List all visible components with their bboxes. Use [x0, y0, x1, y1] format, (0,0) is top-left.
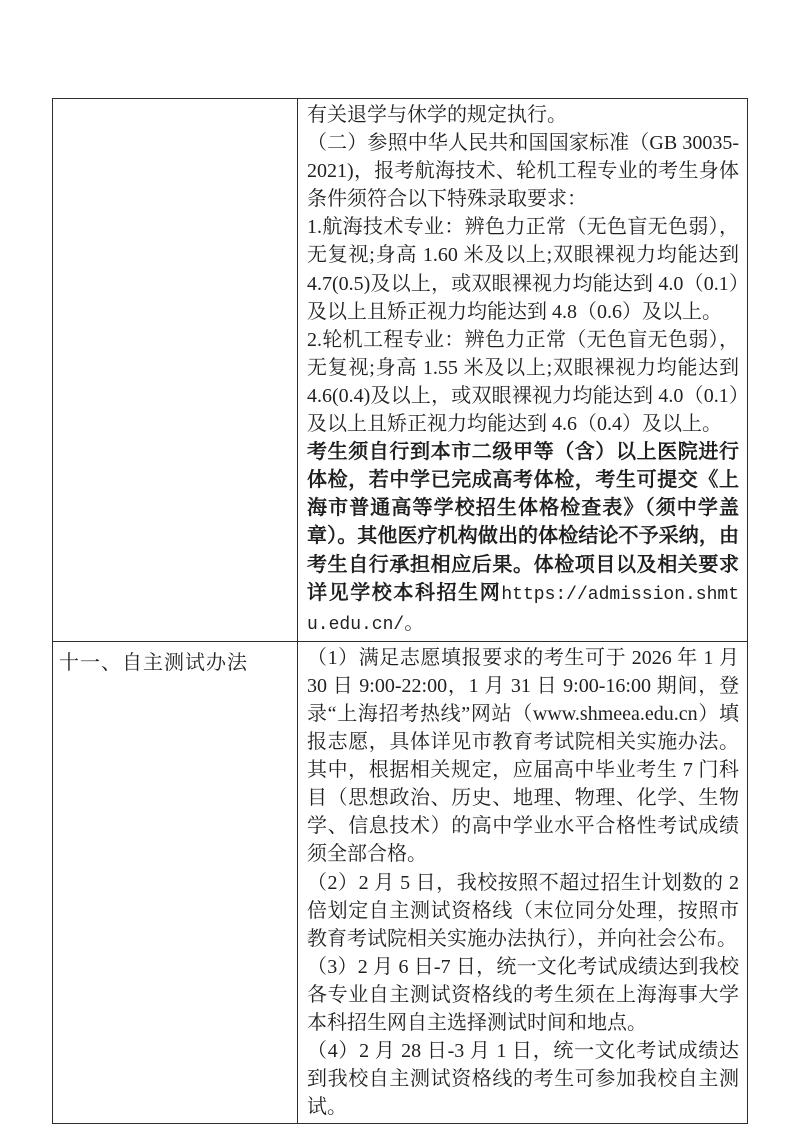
paragraph: 2.轮机工程专业：辨色力正常（无色盲无色弱），无复视;身高 1.55 米及以上;…: [307, 326, 739, 438]
paragraph: 1.航海技术专业：辨色力正常（无色盲无色弱），无复视;身高 1.60 米及以上;…: [307, 213, 739, 325]
text-segment: （2）2 月 5 日，我校按照不超过招生计划数的 2 倍划定自主测试资格线（末位…: [307, 872, 739, 950]
paragraph: （3）2 月 6 日-7 日，统一文化考试成绩达到我校各专业自主测试资格线的考生…: [307, 953, 739, 1037]
text-segment: 考生须自行到本市二级甲等（含）以上医院进行体检，若中学已完成高考体检，考生可提交…: [307, 441, 739, 603]
paragraph: 考生须自行到本市二级甲等（含）以上医院进行体检，若中学已完成高考体检，考生可提交…: [307, 438, 739, 639]
text-segment: 1.航海技术专业：辨色力正常（无色盲无色弱），无复视;身高 1.60 米及以上;…: [307, 216, 739, 322]
section-label-cell: [53, 99, 298, 642]
section-content-cell: （1）满足志愿填报要求的考生可于 2026 年 1 月 30 日 9:00-22…: [298, 641, 748, 1124]
paragraph: （4）2 月 28 日-3 月 1 日，统一文化考试成绩达到我校自主测试资格线的…: [307, 1037, 739, 1121]
paragraph: （二）参照中华人民共和国国家标准（GB 30035-2021)，报考航海技术、轮…: [307, 129, 739, 213]
text-segment: （4）2 月 28 日-3 月 1 日，统一文化考试成绩达到我校自主测试资格线的…: [307, 1040, 739, 1118]
table-row: 有关退学与休学的规定执行。（二）参照中华人民共和国国家标准（GB 30035-2…: [53, 99, 748, 642]
text-segment: 。: [404, 612, 424, 634]
admission-rules-table-body: 有关退学与休学的规定执行。（二）参照中华人民共和国国家标准（GB 30035-2…: [53, 99, 748, 1124]
paragraph: （2）2 月 5 日，我校按照不超过招生计划数的 2 倍划定自主测试资格线（末位…: [307, 869, 739, 953]
admission-rules-table: 有关退学与休学的规定执行。（二）参照中华人民共和国国家标准（GB 30035-2…: [52, 98, 748, 1124]
paragraph: （1）满足志愿填报要求的考生可于 2026 年 1 月 30 日 9:00-22…: [307, 644, 739, 869]
table-row: 十一、自主测试办法（1）满足志愿填报要求的考生可于 2026 年 1 月 30 …: [53, 641, 748, 1124]
text-segment: （3）2 月 6 日-7 日，统一文化考试成绩达到我校各专业自主测试资格线的考生…: [307, 956, 739, 1034]
document-page: 有关退学与休学的规定执行。（二）参照中华人民共和国国家标准（GB 30035-2…: [0, 0, 800, 1132]
paragraph: 有关退学与休学的规定执行。: [307, 101, 739, 129]
text-segment: （1）满足志愿填报要求的考生可于 2026 年 1 月 30 日 9:00-22…: [307, 647, 739, 866]
text-segment: 有关退学与休学的规定执行。: [307, 104, 567, 126]
text-segment: （二）参照中华人民共和国国家标准（GB 30035-2021)，报考航海技术、轮…: [307, 132, 739, 210]
section-label-cell: 十一、自主测试办法: [53, 641, 298, 1124]
section-content-cell: 有关退学与休学的规定执行。（二）参照中华人民共和国国家标准（GB 30035-2…: [298, 99, 748, 642]
text-segment: 2.轮机工程专业：辨色力正常（无色盲无色弱），无复视;身高 1.55 米及以上;…: [307, 329, 739, 435]
section-label: 十一、自主测试办法: [59, 652, 248, 674]
